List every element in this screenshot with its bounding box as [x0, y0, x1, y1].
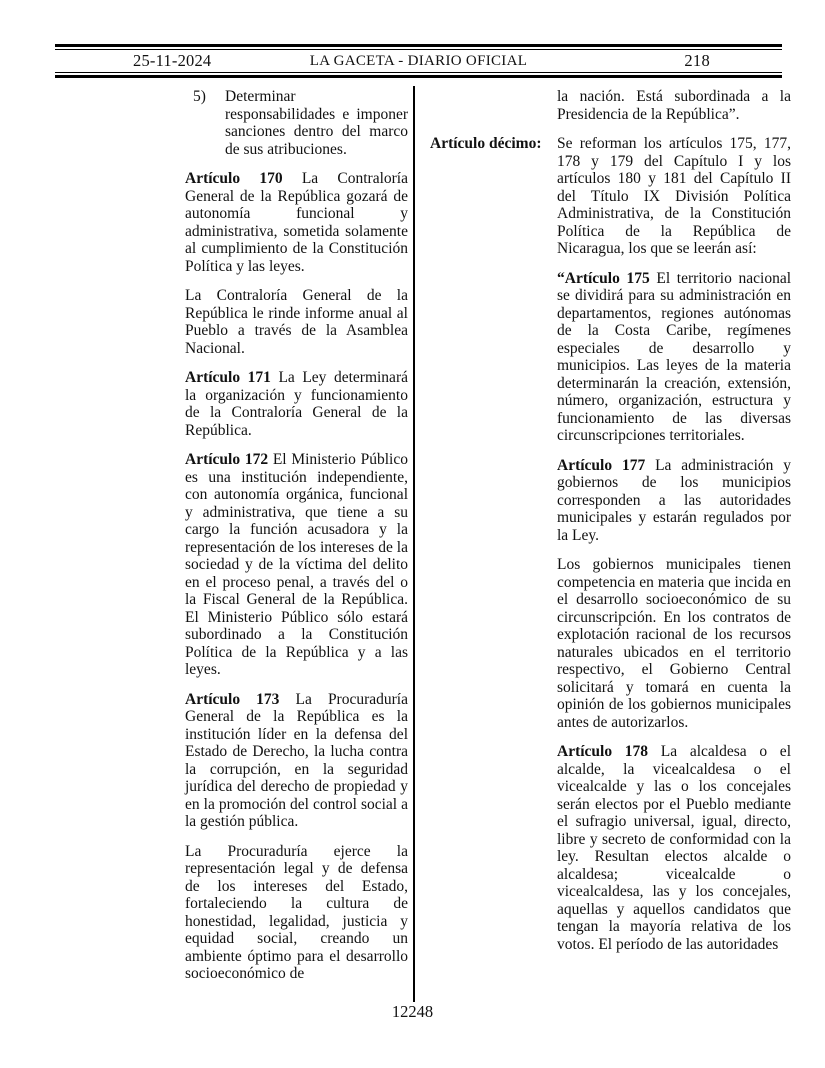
paragraph-text: La Contraloría General de la República l… — [185, 287, 408, 357]
paragraph-articulo-171: Artículo 171 La Ley determinará la organ… — [185, 369, 408, 439]
paragraph-lead: Artículo 172 — [185, 451, 268, 468]
paragraph-procuraduria-ejerce: La Procuraduría ejerce la representación… — [185, 843, 408, 983]
header-title: LA GACETA - DIARIO OFICIAL — [310, 53, 527, 69]
paragraph-articulo-175: “Artículo 175 El territorio nacional se … — [557, 270, 791, 445]
paragraph-contraloria-informe: La Contraloría General de la República l… — [185, 287, 408, 357]
paragraph-gobiernos-municipales: Los gobiernos municipales tienen compete… — [557, 556, 791, 731]
header-bottom-thick-rule — [55, 75, 782, 78]
list-item-number: 5) — [185, 88, 225, 158]
paragraph-lead: Artículo 177 — [557, 457, 645, 474]
paragraph-continuation: la nación. Está subordinada a la Preside… — [557, 88, 791, 123]
header-page-number: 218 — [684, 50, 710, 72]
paragraph-text: Los gobiernos municipales tienen compete… — [557, 556, 791, 731]
left-column: 5) Determinar responsabilidades e impone… — [185, 88, 408, 995]
header-text-row: 25-11-2024 LA GACETA - DIARIO OFICIAL 21… — [55, 50, 782, 72]
header-date: 25-11-2024 — [133, 50, 211, 72]
paragraph-text: El territorio nacional se dividirá para … — [557, 270, 791, 445]
paragraph-articulo-173: Artículo 173 La Procuraduría General de … — [185, 691, 408, 831]
articulo-decimo-row: Artículo décimo: Se reforman los artícul… — [430, 135, 791, 258]
paragraph-lead: Artículo 170 — [185, 170, 283, 187]
gazette-page: 25-11-2024 LA GACETA - DIARIO OFICIAL 21… — [0, 0, 825, 1068]
paragraph-lead: Artículo 171 — [185, 369, 271, 386]
column-divider — [413, 86, 415, 1002]
paragraph-lead: Artículo 173 — [185, 691, 279, 708]
right-column: la nación. Está subordinada a la Preside… — [430, 88, 791, 965]
paragraph-text: La Procuraduría General de la República … — [185, 691, 408, 831]
articulo-decimo-label: Artículo décimo: — [430, 135, 557, 258]
paragraph-text: El Ministerio Público es una institución… — [185, 451, 408, 678]
paragraph-articulo-172: Artículo 172 El Ministerio Público es un… — [185, 451, 408, 679]
paragraph-lead: “Artículo 175 — [557, 270, 650, 287]
numbered-list-item: 5) Determinar responsabilidades e impone… — [185, 88, 408, 158]
list-item-text: Determinar responsabilidades e imponer s… — [225, 88, 408, 158]
paragraph-lead: Artículo 178 — [557, 743, 648, 760]
articulo-decimo-intro: Se reforman los artículos 175, 177, 178 … — [557, 135, 791, 258]
paragraph-text: La alcaldesa o el alcalde, la vicealcald… — [557, 743, 791, 953]
paragraph-articulo-178: Artículo 178 La alcaldesa o el alcalde, … — [557, 743, 791, 953]
paragraph-text: La Procuraduría ejerce la representación… — [185, 843, 408, 983]
paragraph-articulo-170: Artículo 170 La Contraloría General de l… — [185, 170, 408, 275]
page-header: 25-11-2024 LA GACETA - DIARIO OFICIAL 21… — [55, 44, 782, 78]
paragraph-articulo-177: Artículo 177 La administración y gobiern… — [557, 457, 791, 545]
footer-folio-number: 12248 — [0, 1002, 825, 1022]
